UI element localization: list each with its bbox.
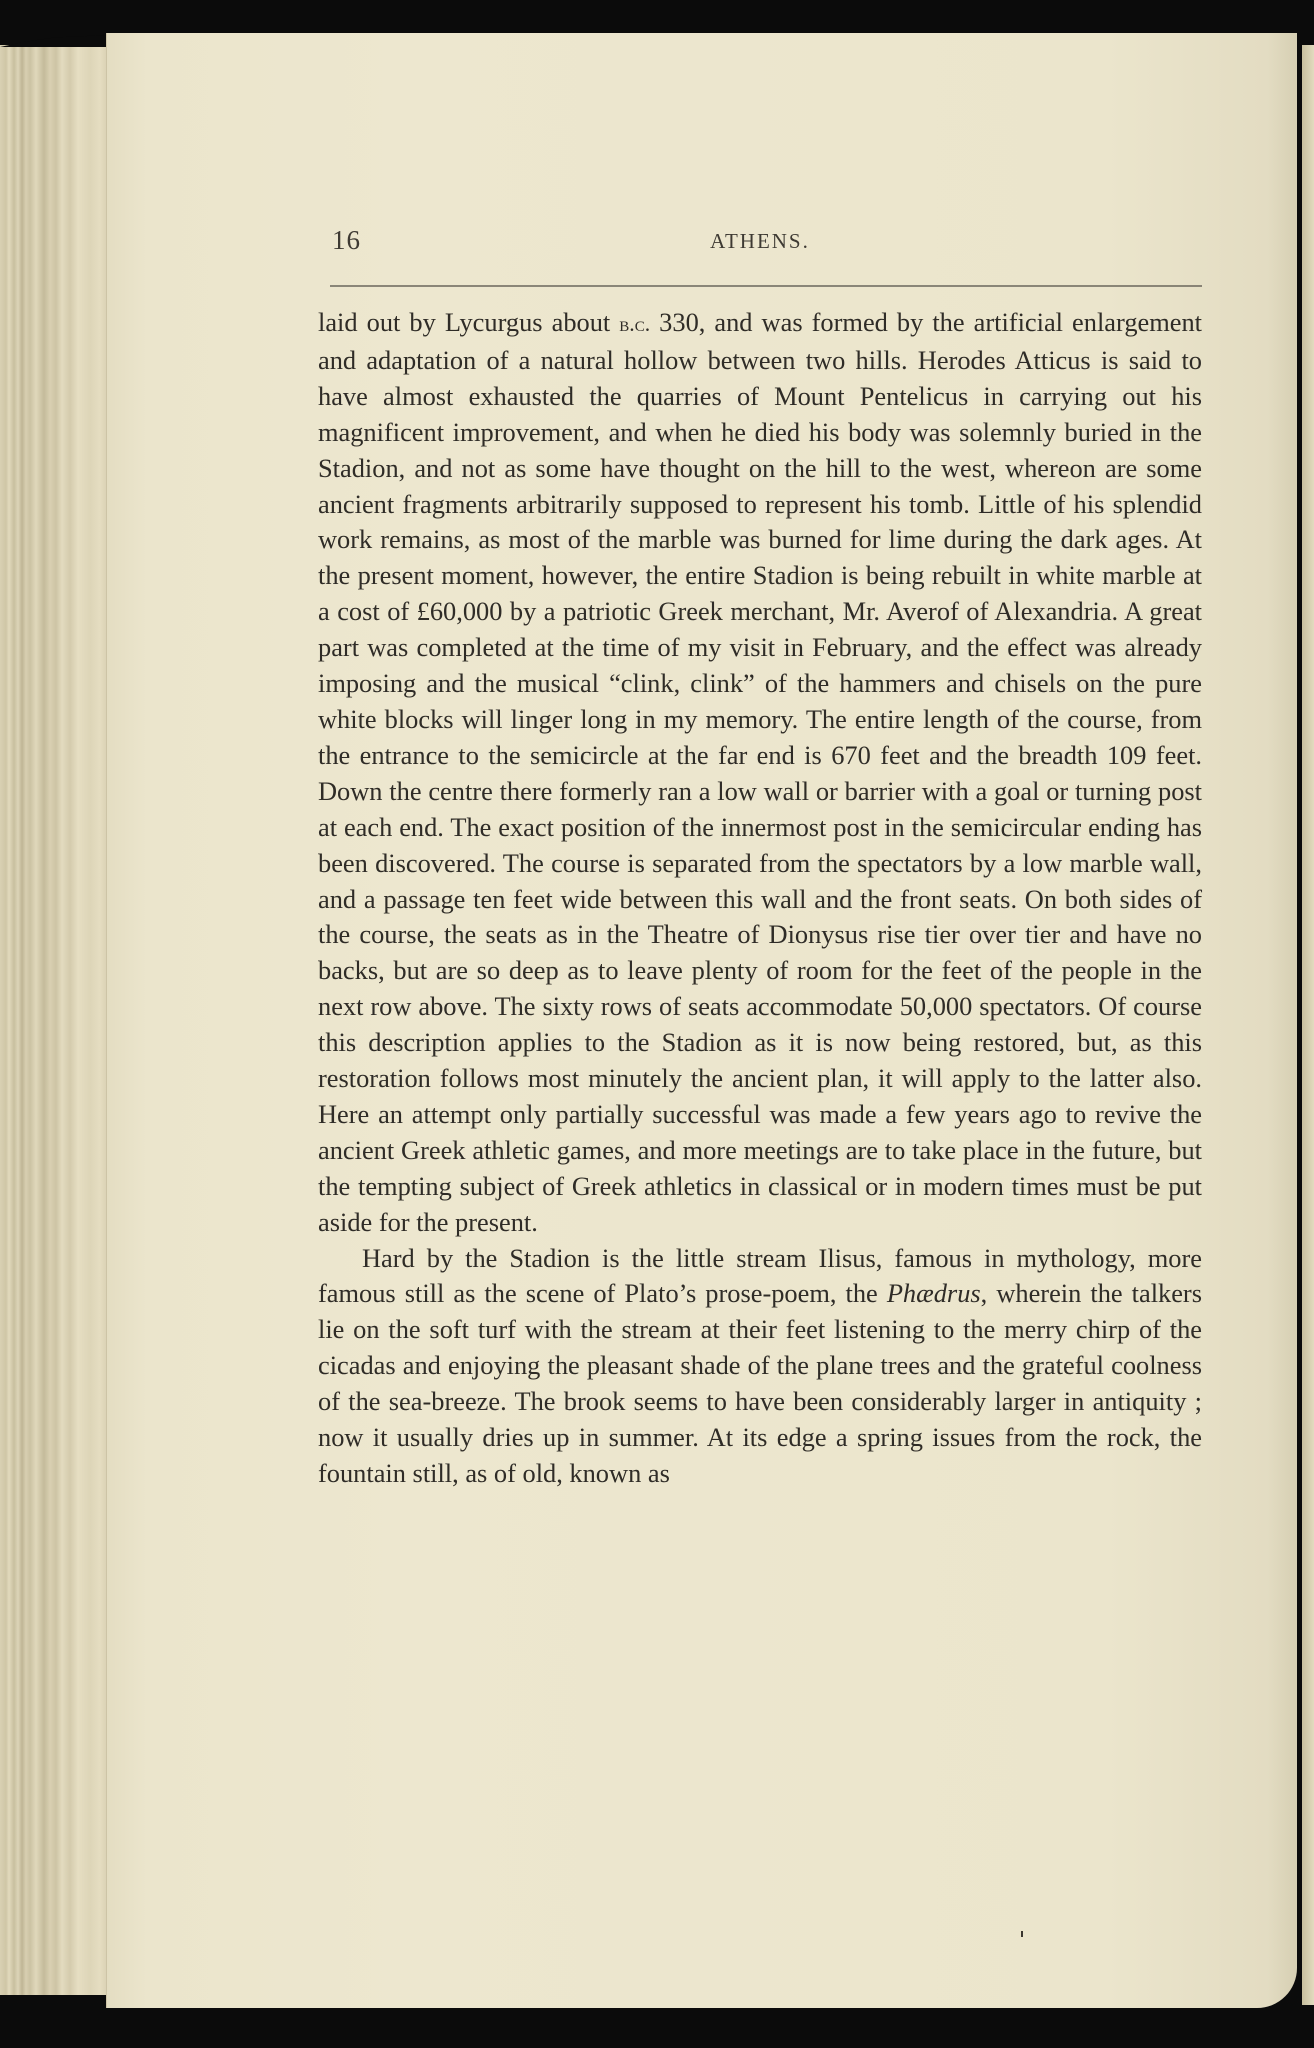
running-head: 16 ATHENS. [318,225,1202,265]
running-head-title: ATHENS. [318,229,1202,254]
paragraph-2: Hard by the Stadion is the little stream… [318,1241,1202,1492]
paragraph-1: laid out by Lycurgus about b.c. 330, and… [318,305,1202,1241]
header-rule [330,285,1202,287]
text-segment: laid out by Lycurgus about [318,307,619,337]
text-segment: , wherein the talkers lie on the soft tu… [318,1278,1202,1488]
ink-speck [1021,1931,1023,1937]
book-title-italic: Phædrus [887,1278,981,1308]
text-segment: 330, and was formed by the artificial en… [318,307,1202,1237]
facing-page-edge [1302,45,1314,2005]
page-edges-stack [0,45,110,1995]
page-content: 16 ATHENS. laid out by Lycurgus about b.… [318,225,1202,1492]
book-scan: 16 ATHENS. laid out by Lycurgus about b.… [0,0,1314,2048]
body-text: laid out by Lycurgus about b.c. 330, and… [318,305,1202,1492]
era-abbreviation: b.c. [619,312,650,336]
